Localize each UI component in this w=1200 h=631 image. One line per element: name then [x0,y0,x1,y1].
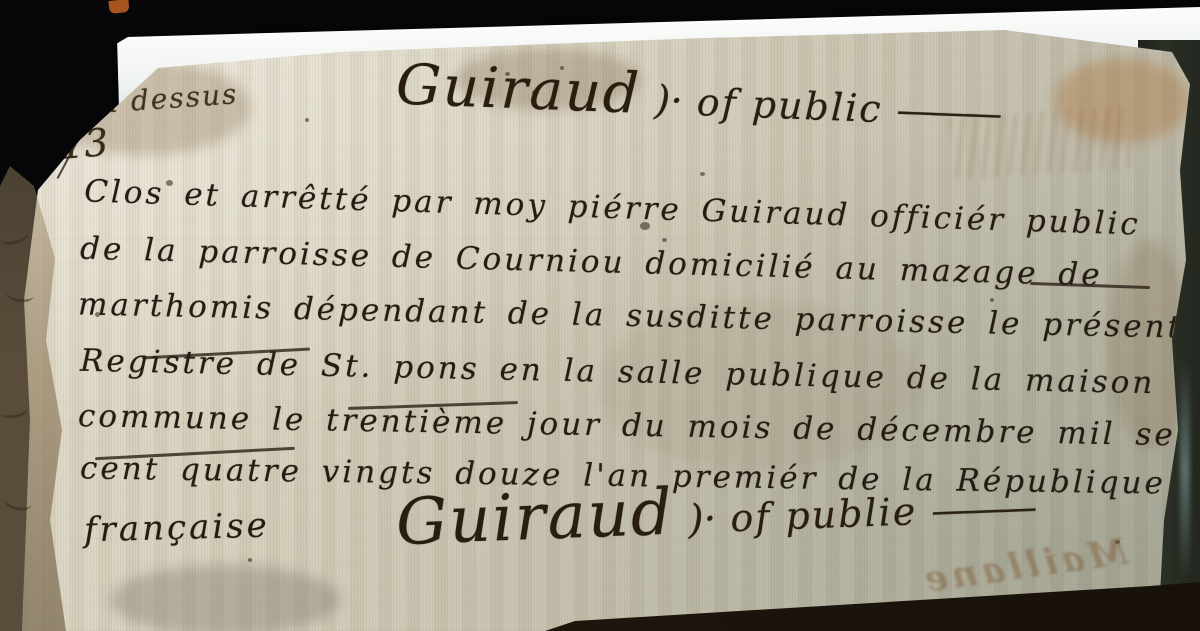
ink-speck [532,90,539,95]
signature-separator: )· [687,496,717,543]
page-number-slash-stroke [57,127,86,179]
signature-separator: )· [654,77,684,124]
ink-speck [305,118,309,122]
photo-background: Maillane gistre ci dessus me 13 Guiraud … [0,0,1200,631]
body-line: commune le trentième jour du mois de déc… [78,398,1200,454]
ink-speck [836,92,840,96]
body-line: Clos et arrêtté par moy piérre Guiraud o… [84,173,1142,242]
ink-flourish-stroke [348,401,518,410]
ink-speck [640,222,650,230]
ink-speck [505,72,510,76]
ink-flourish-stroke [142,348,310,360]
signature-name: Guiraud [395,476,675,561]
body-line: française [84,506,271,551]
manuscript-page: Maillane gistre ci dessus me 13 Guiraud … [0,0,1200,631]
body-line: Registre de St. pons en la salle publiqu… [80,343,1156,402]
signature-title: of public [696,80,883,131]
ink-speck [588,96,592,99]
ink-fragment [0,400,29,421]
signature-name: Guiraud [395,52,642,126]
ink-flourish-stroke [95,447,295,460]
ink-speck [1115,540,1120,544]
paper-stain [1055,58,1190,143]
ink-speck [95,312,100,317]
ink-speck [662,238,667,242]
signature-bottom: Guiraud )· of publie ——— [395,462,1034,560]
ink-bleedthrough-smudge [948,106,1132,180]
ink-fragment [0,225,30,247]
signature-flourish: ——— [896,88,1000,136]
ink-flourish-stroke [1030,282,1150,289]
ink-fragment [3,491,34,512]
gutter-highlight [1180,360,1190,580]
paper-stain [110,565,340,631]
ink-speck [166,180,173,186]
signature-flourish: ——— [930,485,1034,533]
signature-title: of publie [730,489,919,540]
paper-stain [600,300,920,470]
page-number: 13 [58,120,110,168]
ink-speck [990,298,994,302]
ink-speck [248,558,252,562]
body-line: cent quatre vingts douze l'an premiér de… [80,450,1166,501]
ink-fragment [5,284,35,304]
body-line: marthomis dépendant de la susditte parro… [78,286,1184,345]
body-line: de la parroisse de Courniou domicilié au… [80,231,1103,294]
ink-speck [700,172,705,176]
signature-top: Guiraud )· of public ——— [395,52,1000,140]
paper-stain [455,48,640,110]
ink-speck [560,66,564,70]
